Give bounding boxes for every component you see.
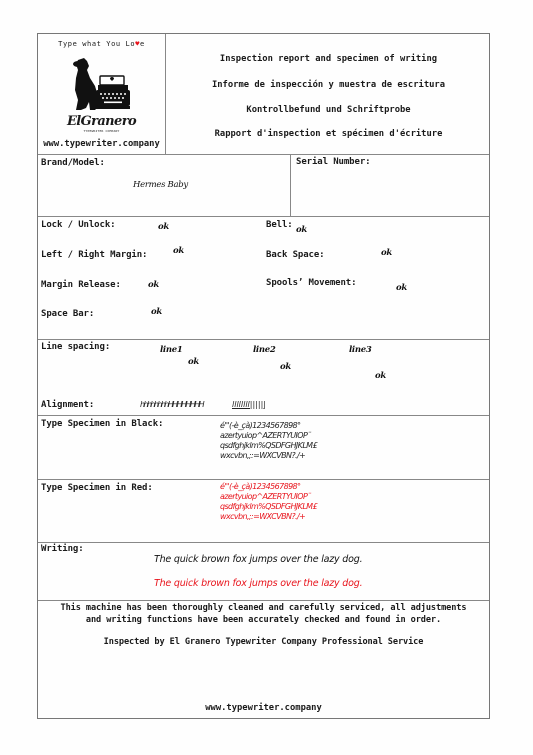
line-spacing-label: Line spacing: bbox=[41, 342, 110, 352]
specimen-red-line: é"'(-è_çà)1234567898° bbox=[220, 482, 317, 492]
specimen-black-text: é"'(-è_çà)1234567898° azertyuiop^AZERTYU… bbox=[220, 421, 317, 461]
inspected-by: Inspected by El Granero Typewriter Compa… bbox=[38, 637, 489, 647]
specimen-red-label: Type Specimen in Red: bbox=[41, 483, 153, 493]
line-spacing-line2-value: ok bbox=[280, 362, 291, 372]
divider bbox=[38, 600, 489, 601]
title-english: Inspection report and specimen of writin… bbox=[168, 54, 489, 64]
back-space-label: Back Space: bbox=[266, 250, 325, 260]
specimen-black-line: é"'(-è_çà)1234567898° bbox=[220, 421, 317, 431]
dog-typewriter-logo-icon bbox=[68, 56, 138, 114]
divider bbox=[38, 415, 489, 416]
line-spacing-line2: line2 bbox=[253, 345, 275, 355]
logo-url-link[interactable]: www.typewriter.company bbox=[38, 139, 165, 149]
statement-line-1: This machine has been thoroughly cleaned… bbox=[38, 603, 489, 613]
writing-sample-red: The quick brown fox jumps over the lazy … bbox=[154, 579, 362, 589]
alignment-label: Alignment: bbox=[41, 400, 94, 410]
left-right-margin-value: ok bbox=[173, 246, 184, 256]
bell-label: Bell: bbox=[266, 220, 293, 230]
specimen-red-line: wxcvbn,;:=WXCVBN?./+ bbox=[220, 512, 317, 522]
brand-model-label: Brand/Model: bbox=[41, 158, 105, 168]
specimen-black-label: Type Specimen in Black: bbox=[41, 419, 163, 429]
specimen-black-line: wxcvbn,;:=WXCVBN?./+ bbox=[220, 451, 317, 461]
line-spacing-line3-value: ok bbox=[375, 371, 386, 381]
title-french: Rapport d'inspection et spécimen d'écrit… bbox=[168, 129, 489, 139]
writing-sample-black: The quick brown fox jumps over the lazy … bbox=[154, 555, 362, 565]
statement-line-2: and writing functions have been accurate… bbox=[38, 615, 489, 625]
back-space-value: ok bbox=[381, 248, 392, 258]
divider bbox=[290, 154, 291, 216]
specimen-red-line: qsdfghjklm%QSDFGHJKLM£ bbox=[220, 502, 317, 512]
logo-subtitle: TYPEWRITER COMPANY bbox=[38, 129, 165, 133]
space-bar-label: Space Bar: bbox=[41, 309, 94, 319]
divider bbox=[38, 542, 489, 543]
logo-name: ElGranero bbox=[38, 114, 165, 129]
specimen-red-text: é"'(-è_çà)1234567898° azertyuiop^AZERTYU… bbox=[220, 482, 317, 522]
divider bbox=[38, 479, 489, 480]
divider bbox=[38, 216, 489, 217]
specimen-red-line: azertyuiop^AZERTYUIOP¨ bbox=[220, 492, 317, 502]
spools-movement-label: Spools’ Movement: bbox=[266, 278, 356, 288]
lock-unlock-label: Lock / Unlock: bbox=[41, 220, 115, 230]
footer-url-link[interactable]: www.typewriter.company bbox=[38, 703, 489, 713]
divider bbox=[38, 154, 489, 155]
spools-movement-value: ok bbox=[396, 283, 407, 293]
margin-release-value: ok bbox=[148, 280, 159, 290]
line-spacing-line1-value: ok bbox=[188, 357, 199, 367]
bell-value: ok bbox=[296, 225, 307, 235]
left-right-margin-label: Left / Right Margin: bbox=[41, 250, 147, 260]
title-german: Kontrollbefund und Schriftprobe bbox=[168, 105, 489, 115]
tagline: Type what You Lo♥e bbox=[38, 40, 165, 48]
logo-box: Type what You Lo♥e ElGranero TYPEWRITER … bbox=[38, 34, 165, 154]
space-bar-value: ok bbox=[151, 307, 162, 317]
serial-number-label: Serial Number: bbox=[296, 157, 370, 167]
divider bbox=[38, 339, 489, 340]
writing-label: Writing: bbox=[41, 544, 84, 554]
inspection-form: Type what You Lo♥e ElGranero TYPEWRITER … bbox=[37, 33, 490, 719]
line-spacing-line3: line3 bbox=[349, 345, 371, 355]
line-spacing-line1: line1 bbox=[160, 345, 182, 355]
title-spanish: Informe de inspección y muestra de escri… bbox=[168, 80, 489, 90]
specimen-black-line: qsdfghjklm%QSDFGHJKLM£ bbox=[220, 441, 317, 451]
alignment-sample-2: llllllll|||||| bbox=[232, 400, 266, 410]
specimen-black-line: azertyuiop^AZERTYUIOP¨ bbox=[220, 431, 317, 441]
alignment-sample-1: hhhhhhhhHHHHHHHH bbox=[140, 400, 203, 410]
margin-release-label: Margin Release: bbox=[41, 280, 121, 290]
brand-model-value: Hermes Baby bbox=[133, 180, 188, 190]
divider bbox=[165, 34, 166, 154]
lock-unlock-value: ok bbox=[158, 222, 169, 232]
